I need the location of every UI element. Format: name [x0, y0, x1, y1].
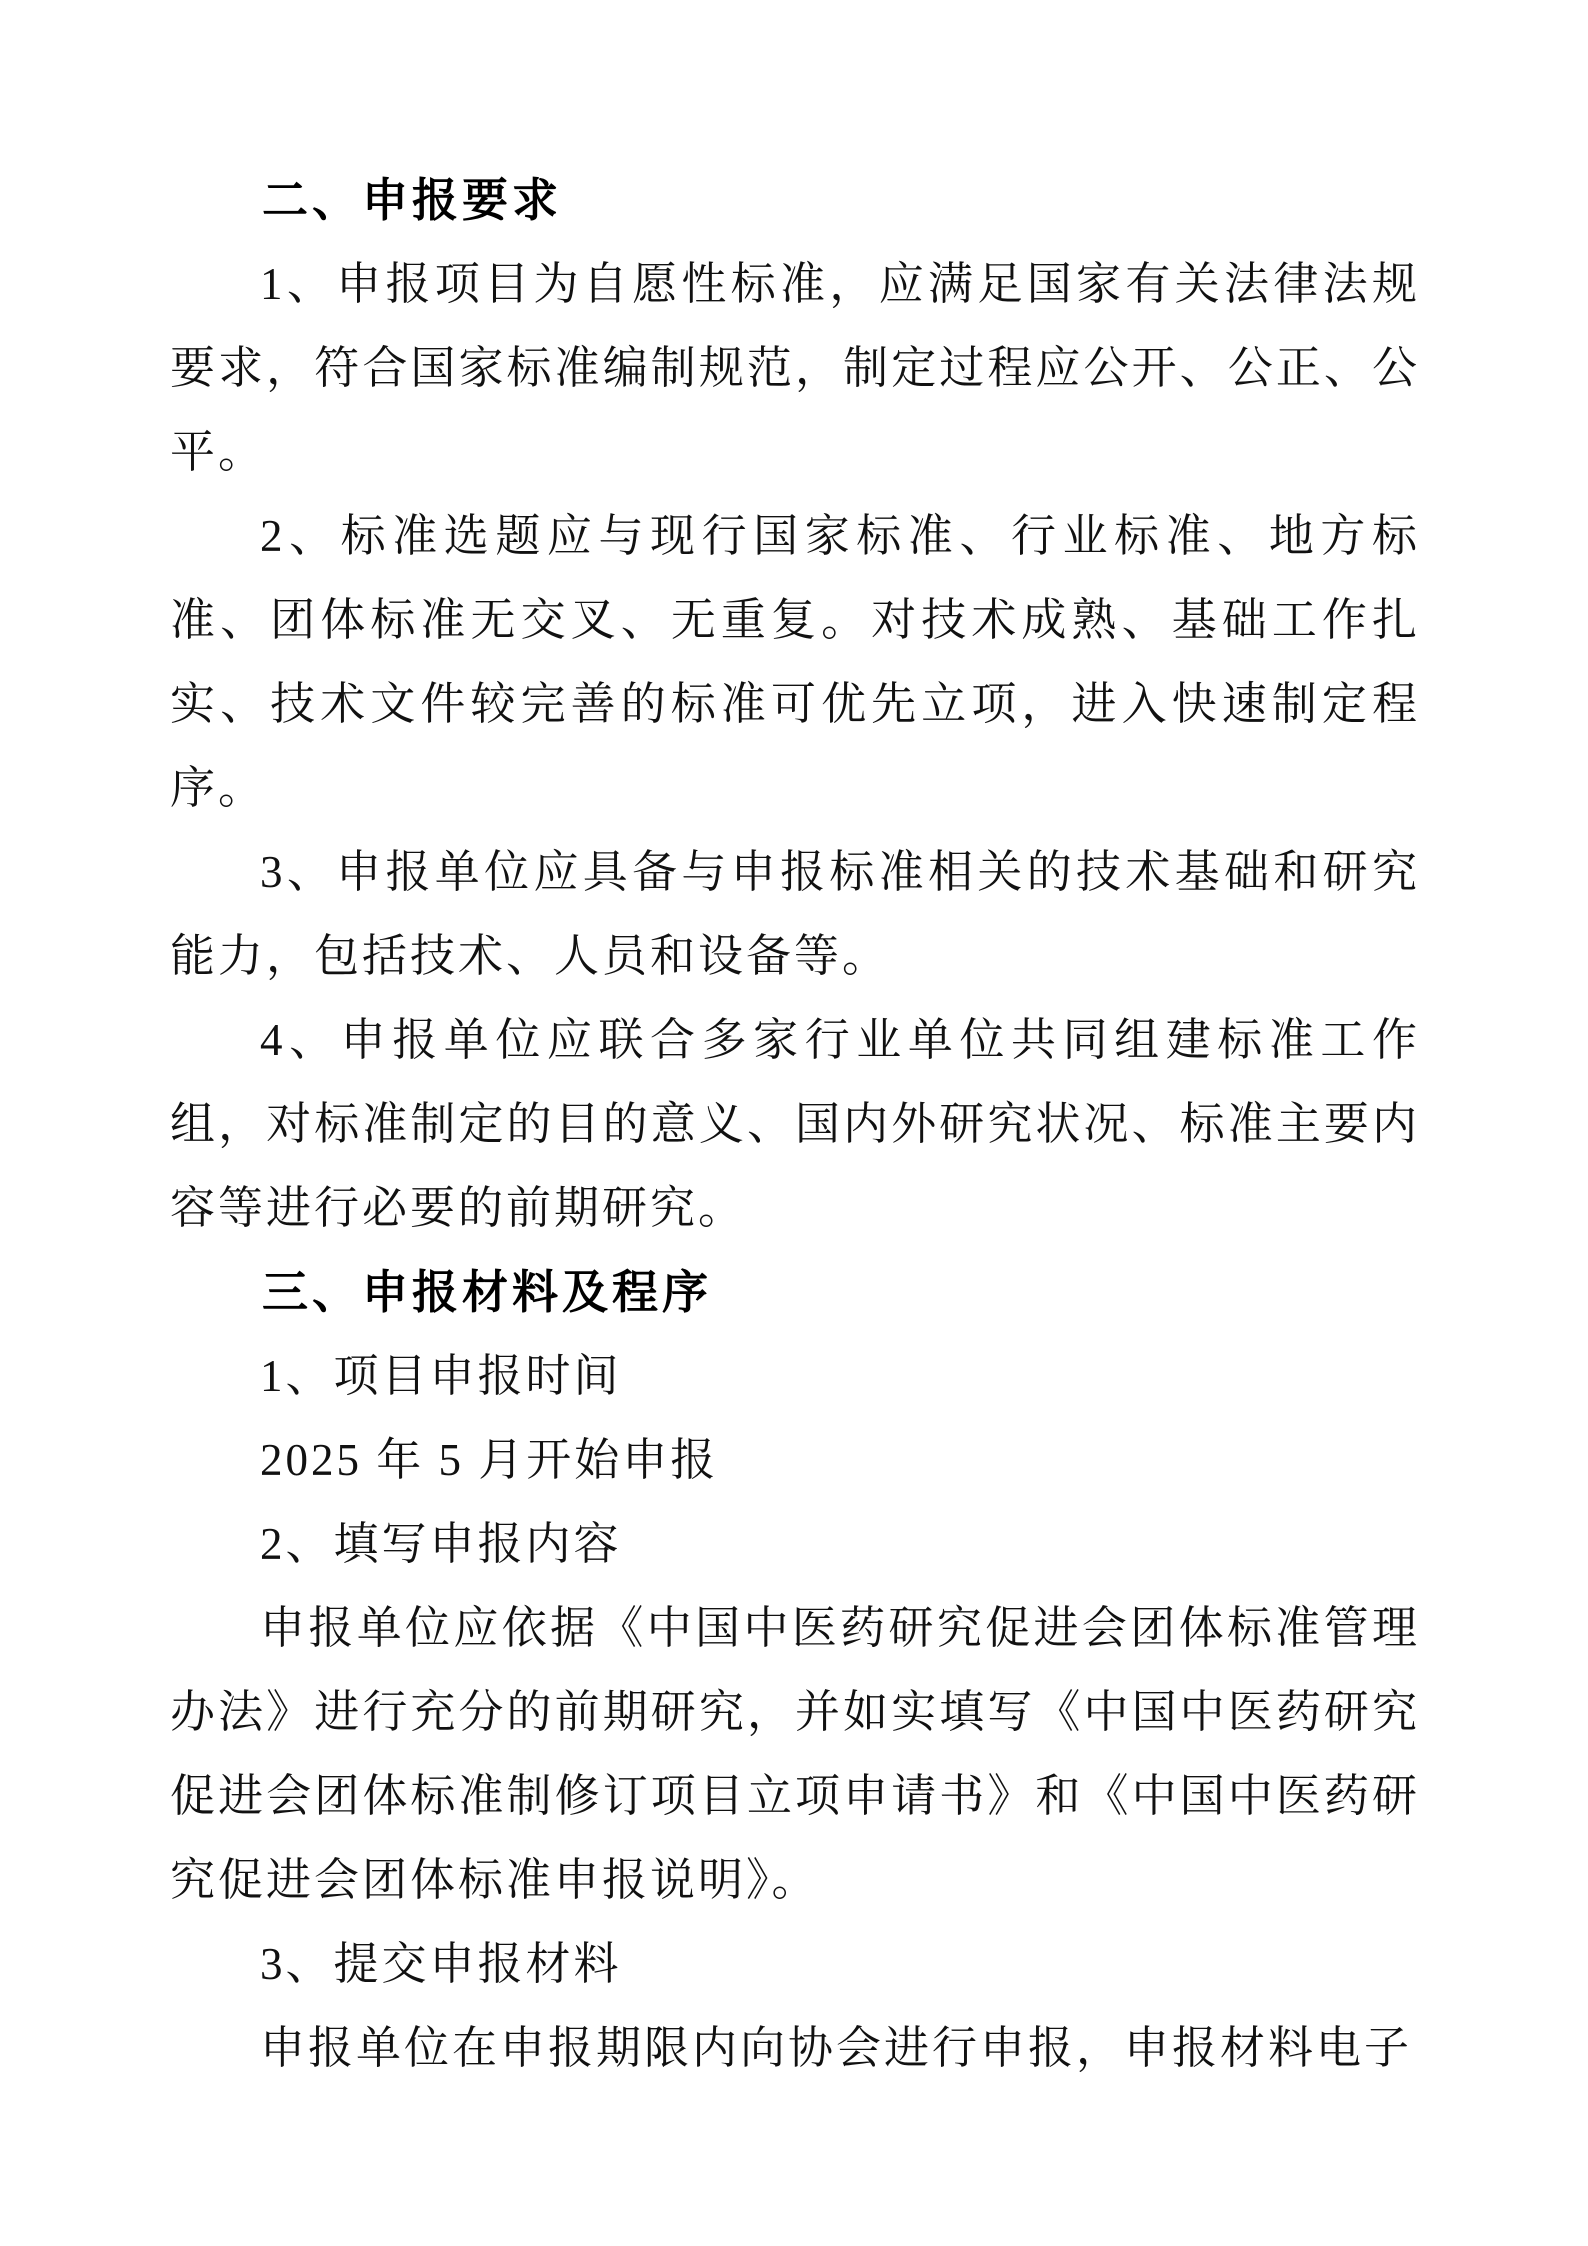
- paragraph-requirement-3: 3、申报单位应具备与申报标准相关的技术基础和研究能力，包括技术、人员和设备等。: [170, 830, 1420, 998]
- section-heading-application-requirements: 二、申报要求: [170, 158, 1420, 242]
- paragraph-application-time-label: 1、项目申报时间: [170, 1334, 1420, 1418]
- document-text-block: 二、申报要求 1、申报项目为自愿性标准，应满足国家有关法律法规要求，符合国家标准…: [170, 158, 1420, 2090]
- paragraph-fill-content-detail: 申报单位应依据《中国中医药研究促进会团体标准管理办法》进行充分的前期研究，并如实…: [170, 1586, 1420, 1922]
- paragraph-application-start-date: 2025 年 5 月开始申报: [170, 1418, 1420, 1502]
- paragraph-requirement-4: 4、申报单位应联合多家行业单位共同组建标准工作组，对标准制定的目的意义、国内外研…: [170, 998, 1420, 1250]
- paragraph-fill-content-label: 2、填写申报内容: [170, 1502, 1420, 1586]
- paragraph-submit-materials-label: 3、提交申报材料: [170, 1922, 1420, 2006]
- document-page: 二、申报要求 1、申报项目为自愿性标准，应满足国家有关法律法规要求，符合国家标准…: [0, 0, 1588, 2246]
- section-heading-materials-and-procedure: 三、申报材料及程序: [170, 1250, 1420, 1334]
- paragraph-requirement-2: 2、标准选题应与现行国家标准、行业标准、地方标准、团体标准无交叉、无重复。对技术…: [170, 494, 1420, 830]
- paragraph-submit-materials-detail: 申报单位在申报期限内向协会进行申报，申报材料电子: [170, 2006, 1420, 2090]
- paragraph-requirement-1: 1、申报项目为自愿性标准，应满足国家有关法律法规要求，符合国家标准编制规范，制定…: [170, 242, 1420, 494]
